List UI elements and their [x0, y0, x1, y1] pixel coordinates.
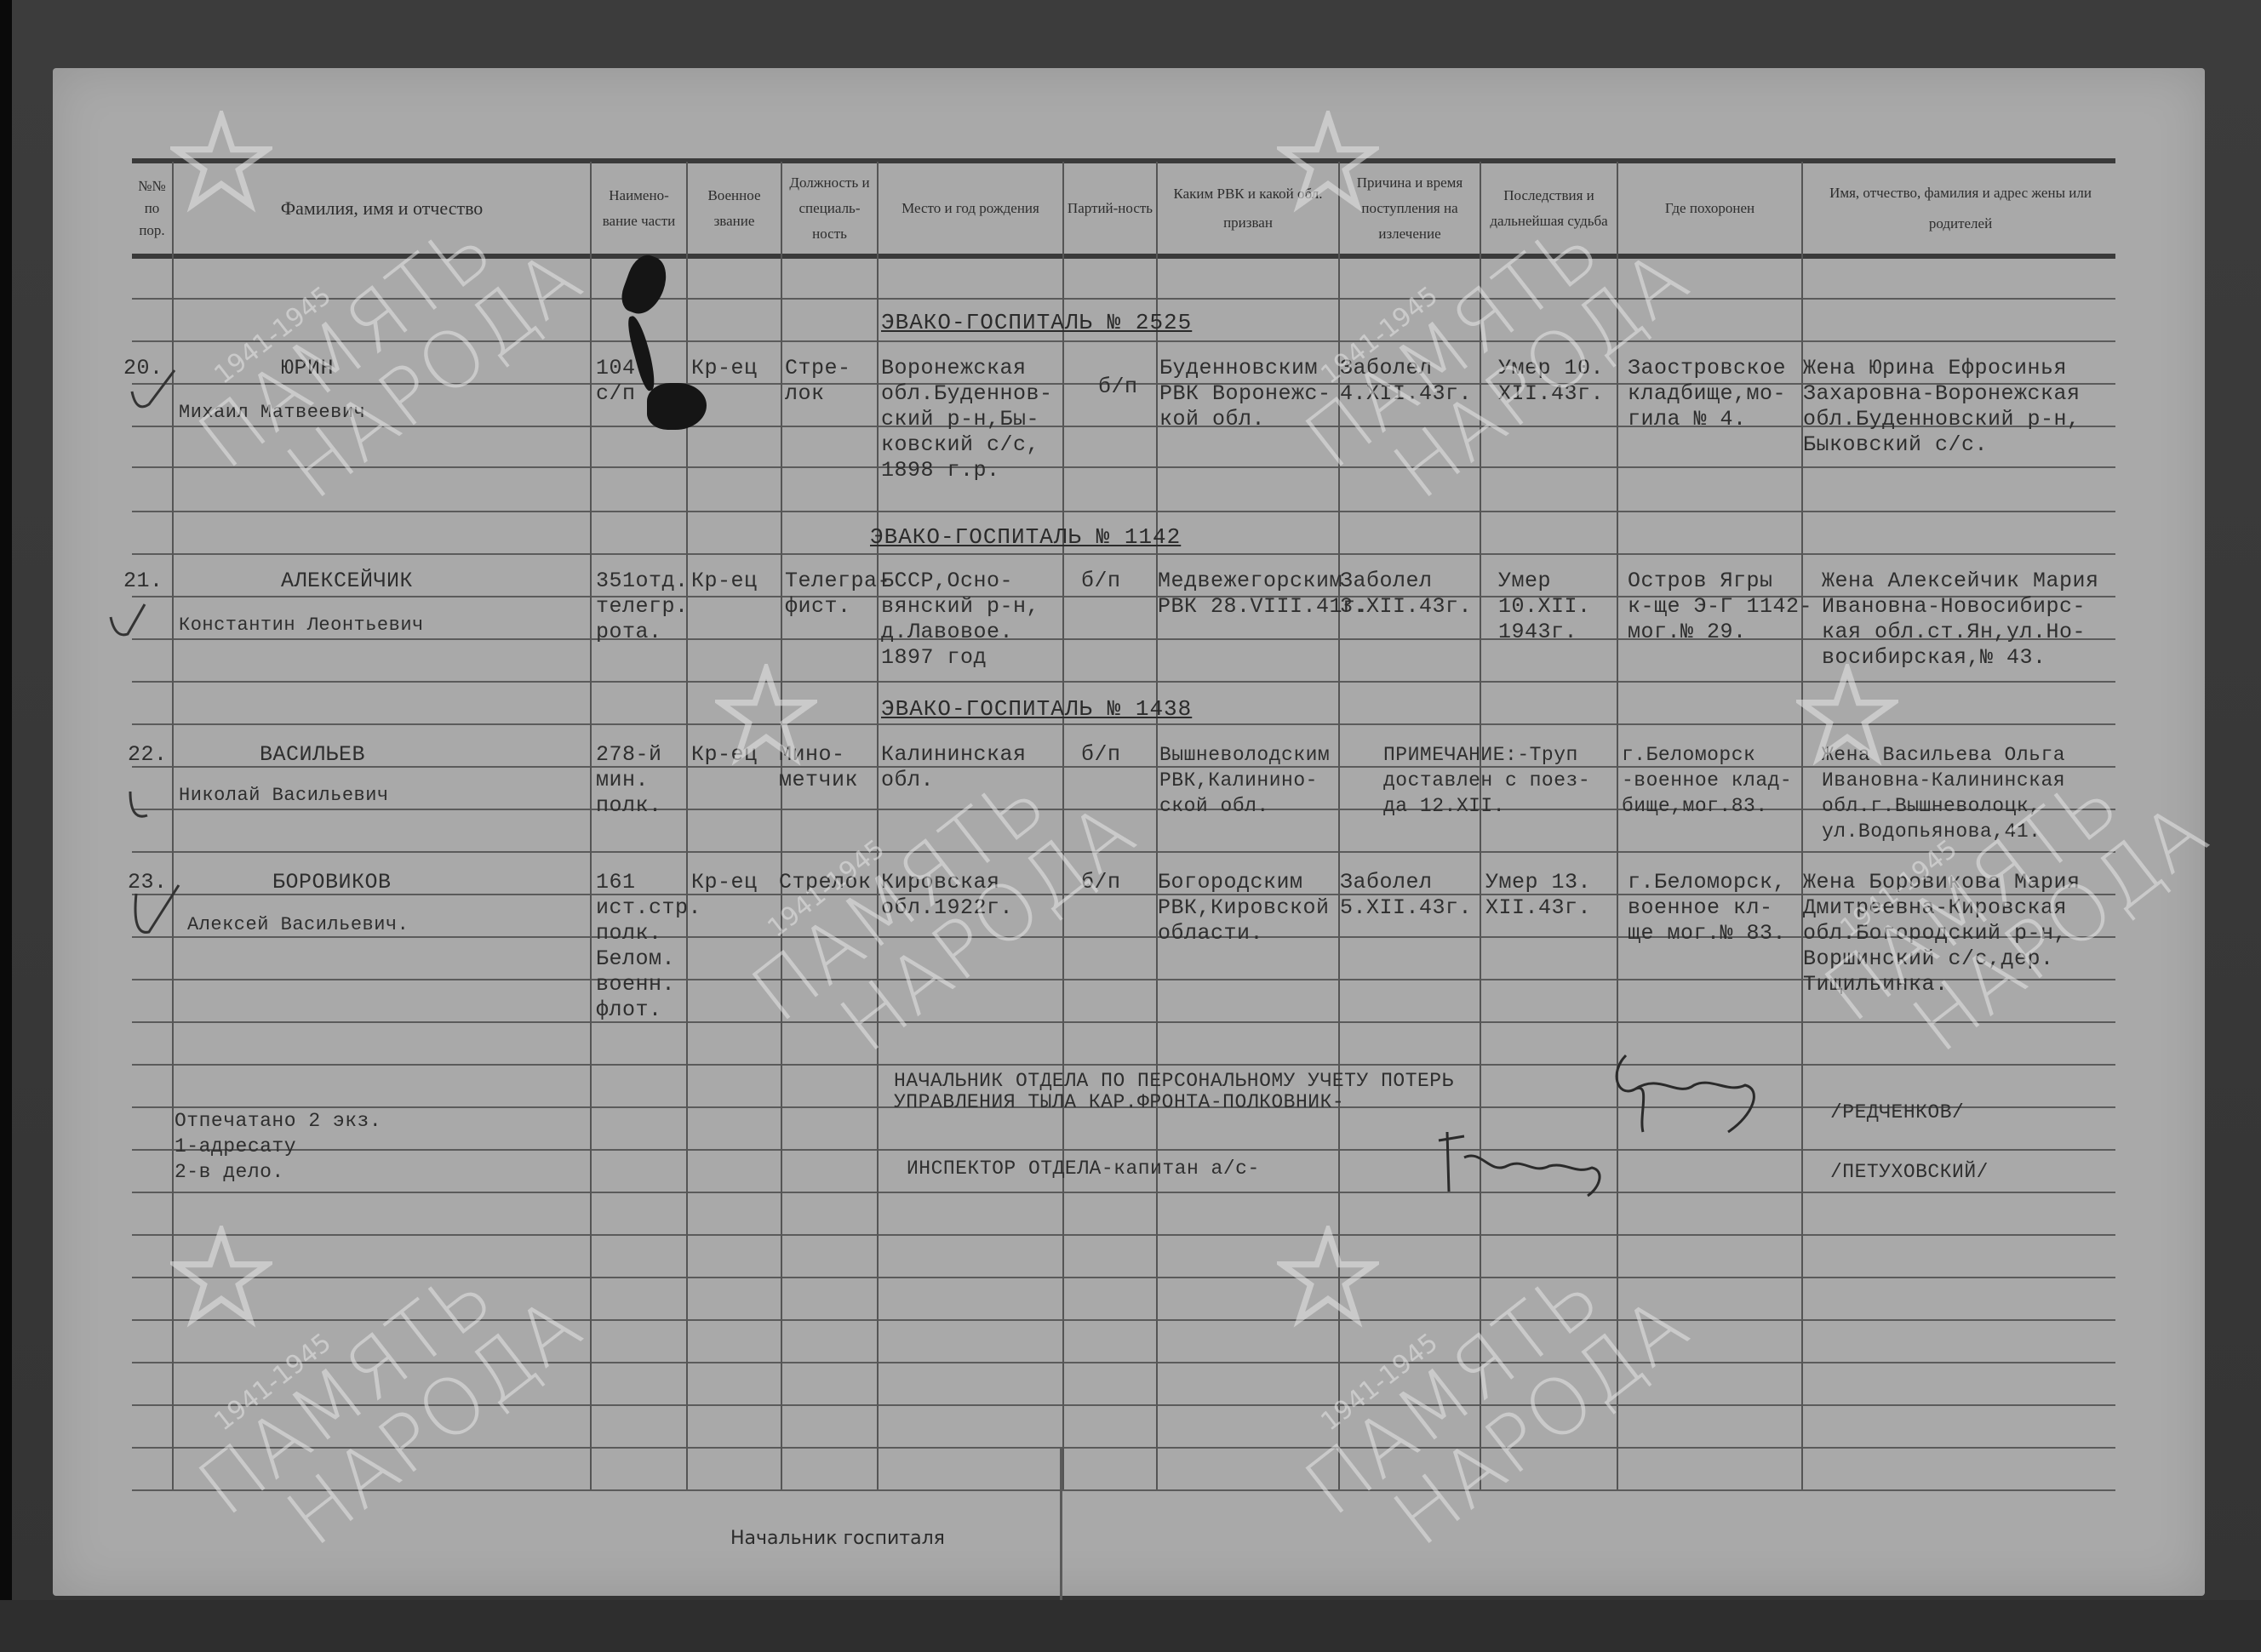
row-unit: 278-й мин. полк. [596, 742, 662, 819]
ruled-line [132, 809, 2115, 810]
row-buried: Заостровское кладбище,мо- гила № 4. [1628, 356, 1786, 432]
ruled-line [132, 1192, 2115, 1193]
check-mark-icon [126, 783, 177, 826]
section-title-hospital-2525: ЭВАКО-ГОСПИТАЛЬ № 2525 [881, 310, 1192, 335]
row-relatives: Жена Алексейчик Мария Ивановна-Новосибир… [1822, 569, 2099, 671]
row-buried: г.Беломорск, военное кл- ще мог.№ 83. [1628, 870, 1786, 946]
header-rank: Военное звание [688, 166, 781, 251]
row-number: 21. [123, 569, 163, 594]
signatory2-name: /ПЕТУХОВСКИЙ/ [1830, 1159, 1989, 1185]
ruled-line [132, 553, 2115, 555]
ruled-line [132, 1021, 2115, 1023]
row-rank: Кр-ец [691, 569, 758, 594]
row-fate: Умер 10.XII. 1943г. [1498, 569, 1591, 645]
row-position: Стре- лок [785, 356, 851, 407]
row-number: 22. [128, 742, 168, 768]
header-party: Партий-ность [1064, 166, 1156, 251]
copies-note: Отпечатано 2 экз. 1-адресату 2-в дело. [175, 1108, 381, 1185]
check-mark-icon [128, 881, 187, 940]
header-position: Должность и специаль-ность [782, 166, 877, 251]
row-rvk: Медвежегорским РВК 28.VIII.41г. [1158, 569, 1369, 620]
ruled-line [132, 511, 2115, 512]
row-given-name: Алексей Васильевич. [187, 912, 409, 938]
row-surname: ВАСИЛЬЕВ [260, 742, 365, 768]
row-unit: 104 с/п [596, 356, 636, 407]
scan-bottom-edge [0, 1600, 2261, 1652]
row-note: ПРИМЕЧАНИЕ:-Труп доставлен с поез- да 12… [1383, 742, 1590, 819]
row-given-name: Константин Леонтьевич [179, 613, 424, 638]
row-unit: 161 ист.стр. полк. Белом. военн. флот. [596, 870, 701, 1023]
row-rank: Кр-ец [691, 356, 758, 381]
section-title-hospital-1142: ЭВАКО-ГОСПИТАЛЬ № 1142 [870, 524, 1181, 550]
header-birth: Место и год рождения [879, 166, 1062, 251]
row-surname: АЛЕКСЕЙЧИК [281, 569, 413, 594]
row-rank: Кр-ец [691, 870, 758, 895]
row-buried: г.Беломорск -военное клад- бище,мог.83. [1622, 742, 1792, 819]
row-cause: Заболел 3.XII.43г. [1340, 569, 1472, 620]
row-given-name: Николай Васильевич [179, 783, 389, 809]
row-party: б/п [1081, 742, 1121, 768]
signatory1-name: /РЕДЧЕНКОВ/ [1830, 1100, 1964, 1125]
watermark-star-icon [715, 664, 817, 766]
watermark-star-icon [1796, 664, 1898, 766]
row-unit: 351отд. телегр. рота. [596, 569, 689, 645]
header-unit: Наимено-вание части [592, 166, 686, 251]
row-birth: БССР,Осно- вянский р-н, д.Лавовое. 1897 … [881, 569, 1039, 671]
col-divider [686, 162, 688, 1489]
row-rvk: Вышневолодским РВК,Калинино- ской обл. [1159, 742, 1330, 819]
header-relatives: Имя, отчество, фамилия и адрес жены или … [1803, 166, 2118, 251]
signature-petukhovsky [1430, 1123, 1634, 1200]
table-top-rule [132, 158, 2115, 163]
row-party: б/п [1081, 569, 1121, 594]
row-buried: Остров Ягры к-ще Э-Г 1142- мог.№ 29. [1628, 569, 1812, 645]
ruled-line [132, 466, 2115, 468]
row-fate: Умер 13. XII.43г. [1485, 870, 1591, 921]
watermark-star-icon [1277, 1226, 1379, 1328]
row-birth: Воронежская обл.Буденнов- ский р-н,Бы- к… [881, 356, 1053, 483]
ruled-line [132, 766, 2115, 768]
scan-edge [0, 0, 12, 1652]
col-divider [590, 162, 592, 1489]
col-divider [877, 162, 879, 1489]
signatory1-title-line2: УПРАВЛЕНИЯ ТЫЛА КАР.ФРОНТА-ПОЛКОВНИК- [894, 1089, 1344, 1115]
watermark-star-icon [1277, 111, 1379, 213]
ruled-line [132, 1234, 2115, 1236]
col-divider [1156, 162, 1158, 1489]
ruled-line [132, 596, 2115, 597]
signatory2-title: ИНСПЕКТОР ОТДЕЛА-капитан а/с- [907, 1156, 1260, 1181]
watermark-star-icon [170, 1226, 272, 1328]
ruled-line [132, 1149, 2115, 1151]
check-mark-icon [106, 600, 157, 643]
watermark-star-icon [170, 111, 272, 213]
col-divider [781, 162, 782, 1489]
row-surname: БОРОВИКОВ [272, 870, 392, 895]
row-position: Телегра- фист. [785, 569, 890, 620]
row-party: б/п [1098, 374, 1138, 400]
hospital-head-label: Начальник госпиталя [730, 1528, 945, 1549]
ruled-line [132, 1064, 2115, 1066]
paper-fold [1060, 1447, 1062, 1600]
row-rvk: Богородским РВК,Кировской области. [1158, 870, 1330, 946]
ruled-line [132, 1489, 2115, 1491]
ruled-line [132, 638, 2115, 640]
check-mark-icon [128, 366, 179, 417]
row-cause: Заболел 5.XII.43г. [1340, 870, 1472, 921]
row-relatives: Жена Юрина Ефросинья Захаровна-Воронежск… [1803, 356, 2081, 458]
header-num: №№ по пор. [132, 166, 172, 251]
